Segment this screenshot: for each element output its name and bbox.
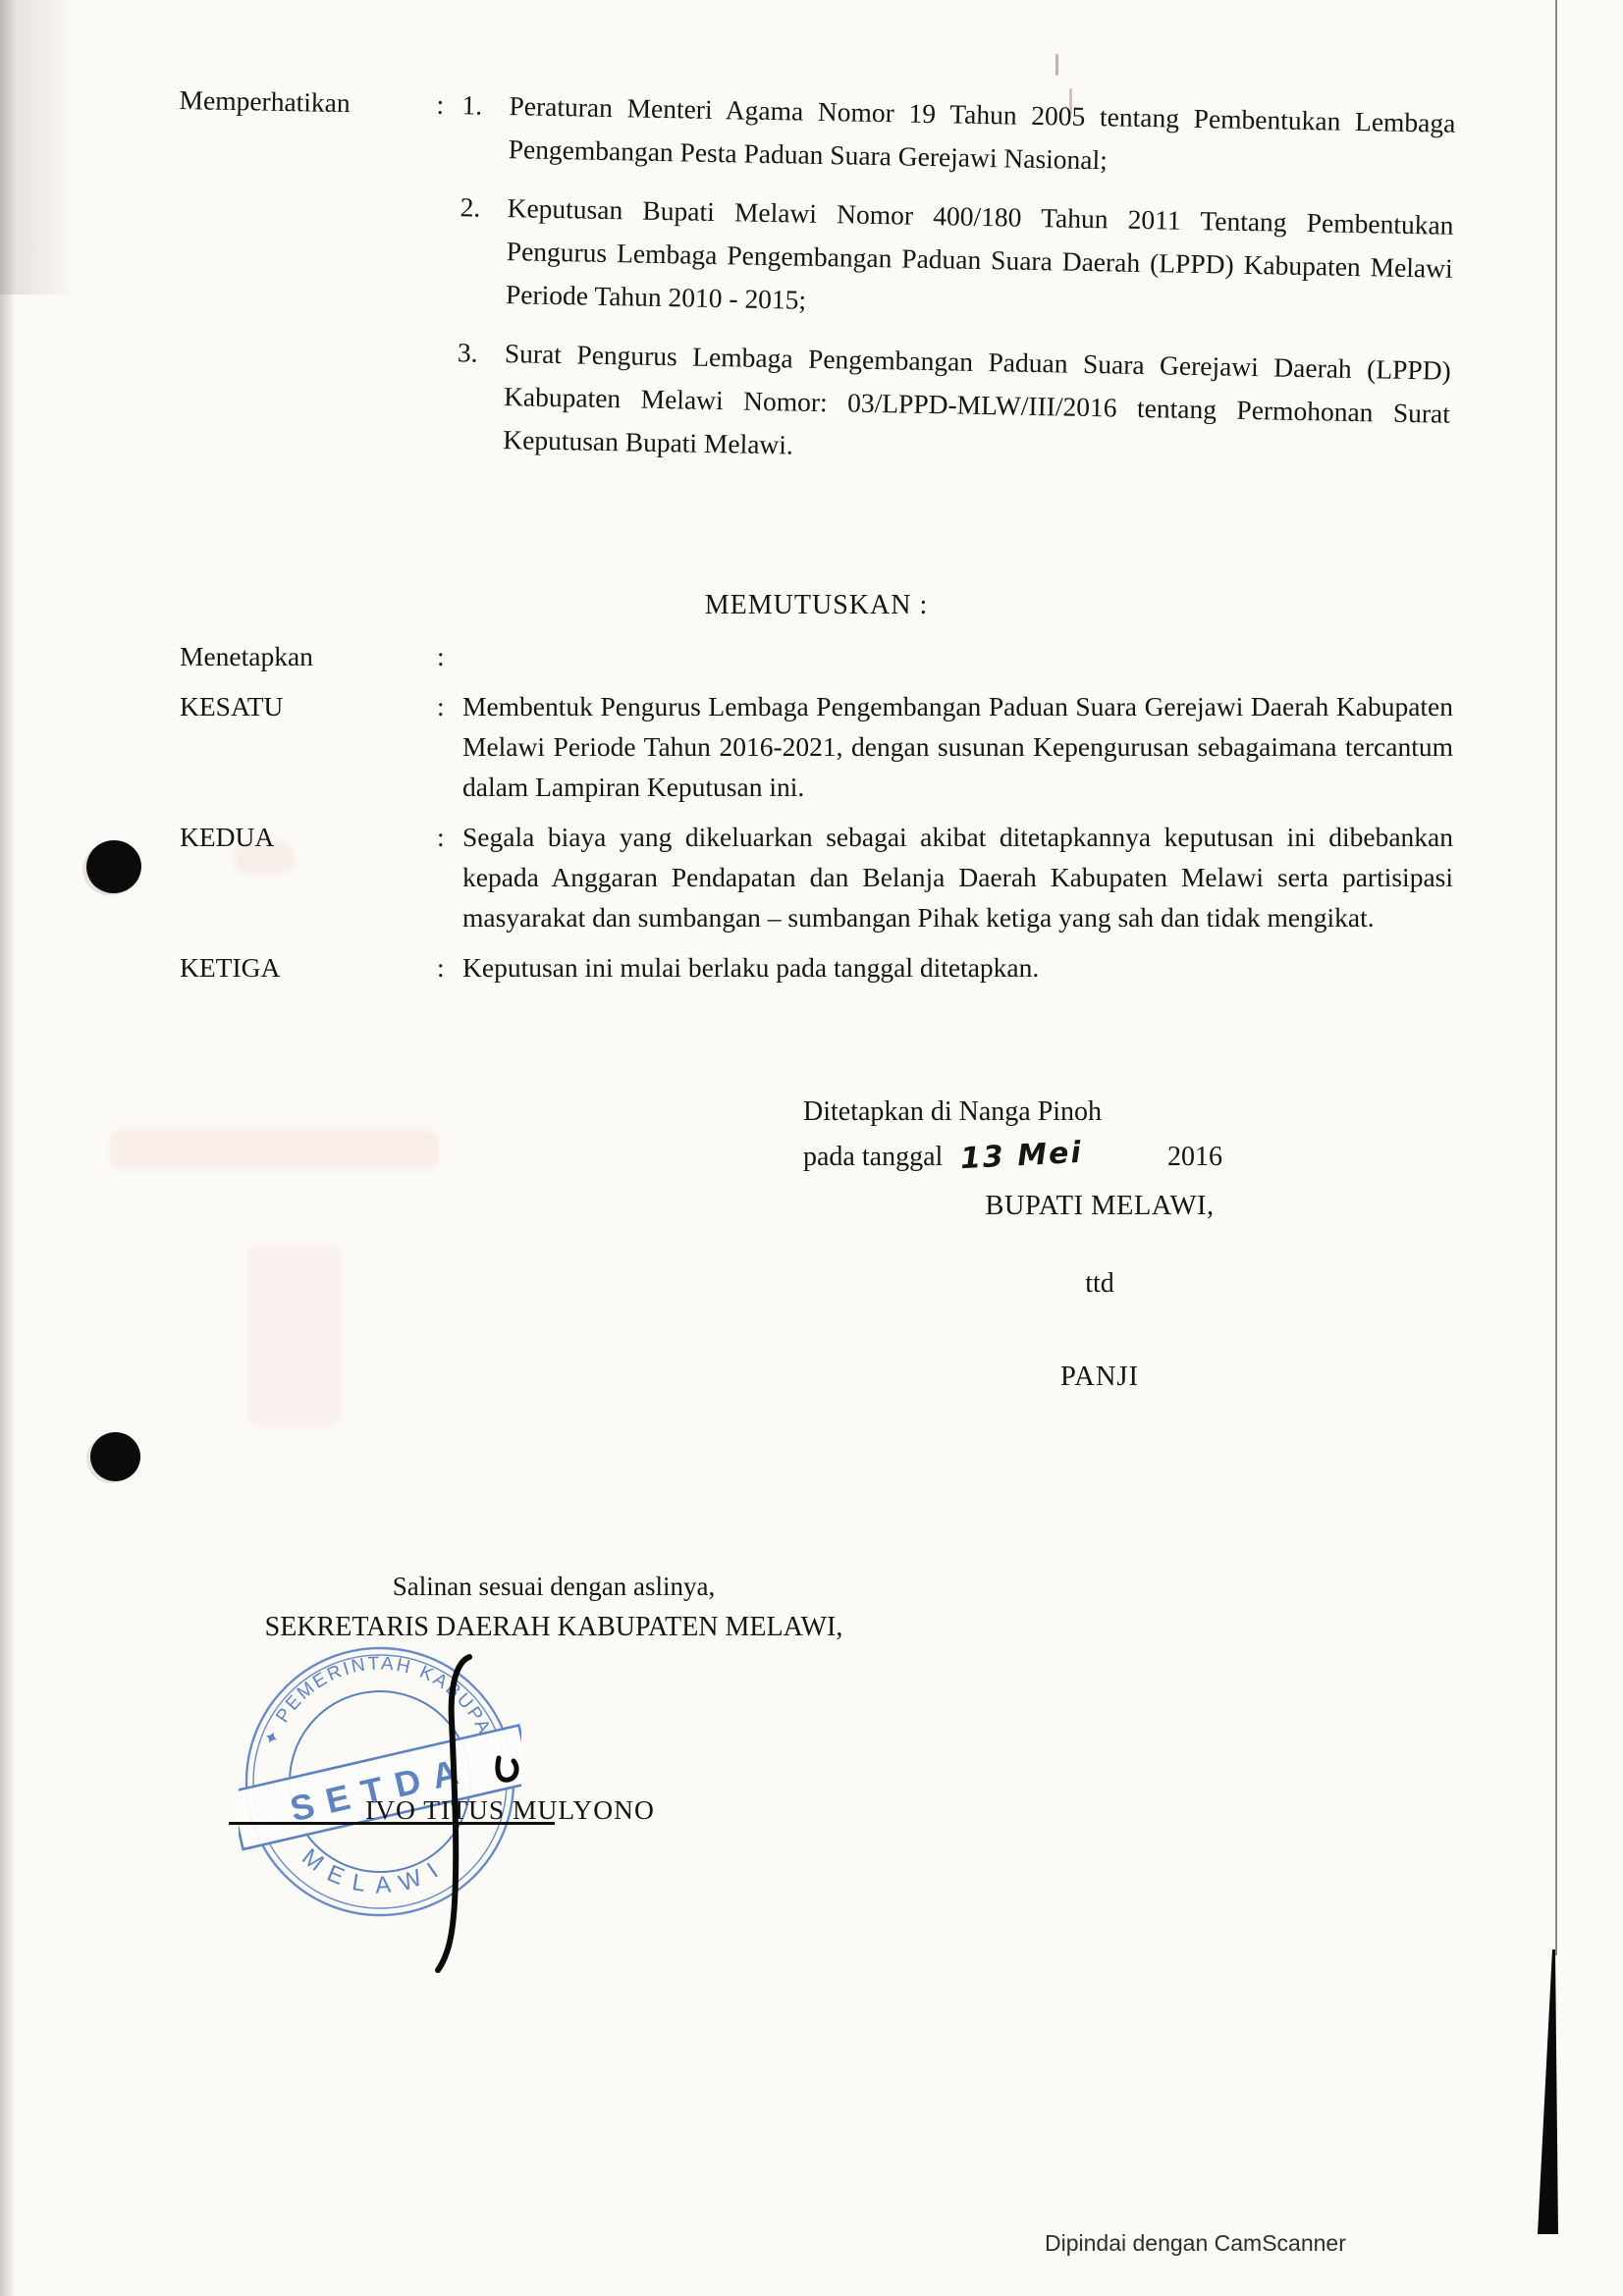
- enactment-place: Ditetapkan di Nanga Pinoh: [803, 1090, 1222, 1134]
- item-number: 3.: [456, 331, 505, 461]
- item-text: Peraturan Menteri Agama Nomor 19 Tahun 2…: [508, 84, 1455, 188]
- scanned-decree-page: Memperhatikan : 1. Peraturan Menteri Aga…: [0, 0, 1623, 2296]
- camscanner-note: Dipindai dengan CamScanner: [1045, 2230, 1346, 2257]
- scan-smudge: [110, 1129, 439, 1170]
- item-text: Surat Pengurus Lembaga Pengembangan Padu…: [503, 332, 1451, 479]
- copy-note-line1: Salinan sesuai dengan aslinya,: [185, 1567, 923, 1607]
- scan-black-wedge: [1536, 1949, 1559, 2236]
- enactment-date-prefix: pada tanggal: [803, 1135, 943, 1179]
- ttd-note: ttd: [884, 1268, 1316, 1300]
- decision-text: [462, 636, 1453, 676]
- list-item: 3. Surat Pengurus Lembaga Pengembangan P…: [456, 331, 1451, 479]
- decision-label: KESATU: [180, 686, 437, 807]
- item-text: Keputusan Bupati Melawi Nomor 400/180 Ta…: [506, 187, 1454, 334]
- list-item: 1. Peraturan Menteri Agama Nomor 19 Tahu…: [460, 83, 1455, 188]
- memutuskan-heading: MEMUTUSKAN :: [180, 590, 1453, 621]
- scan-left-edge-shadow: [0, 0, 16, 2296]
- scan-smudge: [247, 1245, 341, 1426]
- hole-punch-dot: [83, 836, 145, 896]
- decisions-section: Menetapkan : KESATU : Membentuk Pengurus…: [180, 636, 1453, 997]
- decision-text: Segala biaya yang dikeluarkan sebagai ak…: [462, 817, 1453, 937]
- decision-label: Menetapkan: [180, 636, 437, 676]
- item-number: 1.: [460, 83, 510, 171]
- memperhatikan-label: Memperhatikan: [173, 79, 437, 460]
- scan-right-edge-line: [1555, 0, 1557, 1955]
- colon: :: [437, 636, 462, 676]
- decision-text: Keputusan ini mulai berlaku pada tanggal…: [462, 947, 1453, 988]
- signature-stroke: [412, 1642, 560, 1981]
- colon: :: [437, 686, 462, 807]
- enactment-block: Ditetapkan di Nanga Pinoh pada tanggal 1…: [803, 1090, 1222, 1179]
- memperhatikan-items: 1. Peraturan Menteri Agama Nomor 19 Tahu…: [456, 83, 1456, 478]
- signer-title: BUPATI MELAWI,: [884, 1191, 1316, 1222]
- decision-row: KESATU : Membentuk Pengurus Lembaga Peng…: [180, 686, 1453, 807]
- decision-row: KEDUA : Segala biaya yang dikeluarkan se…: [180, 817, 1453, 937]
- scan-speck: [1055, 54, 1058, 76]
- copy-note-block: Salinan sesuai dengan aslinya, SEKRETARI…: [185, 1567, 923, 1647]
- handwritten-date: 13 Mei: [959, 1131, 1084, 1181]
- decision-row: KETIGA : Keputusan ini mulai berlaku pad…: [180, 947, 1453, 988]
- hole-punch-dot: [90, 1432, 140, 1481]
- decision-text: Membentuk Pengurus Lembaga Pengembangan …: [462, 686, 1453, 807]
- enactment-year: 2016: [1167, 1135, 1222, 1179]
- scan-topleft-shadow: [0, 0, 77, 294]
- item-number: 2.: [459, 186, 508, 316]
- decision-label: KETIGA: [180, 947, 437, 988]
- colon: :: [437, 947, 462, 988]
- colon: :: [437, 817, 462, 937]
- decision-row: Menetapkan :: [180, 636, 1453, 676]
- decision-label: KEDUA: [180, 817, 437, 937]
- signer-name: PANJI: [884, 1362, 1316, 1393]
- memperhatikan-section: Memperhatikan : 1. Peraturan Menteri Aga…: [173, 79, 1456, 479]
- list-item: 2. Keputusan Bupati Melawi Nomor 400/180…: [459, 186, 1454, 334]
